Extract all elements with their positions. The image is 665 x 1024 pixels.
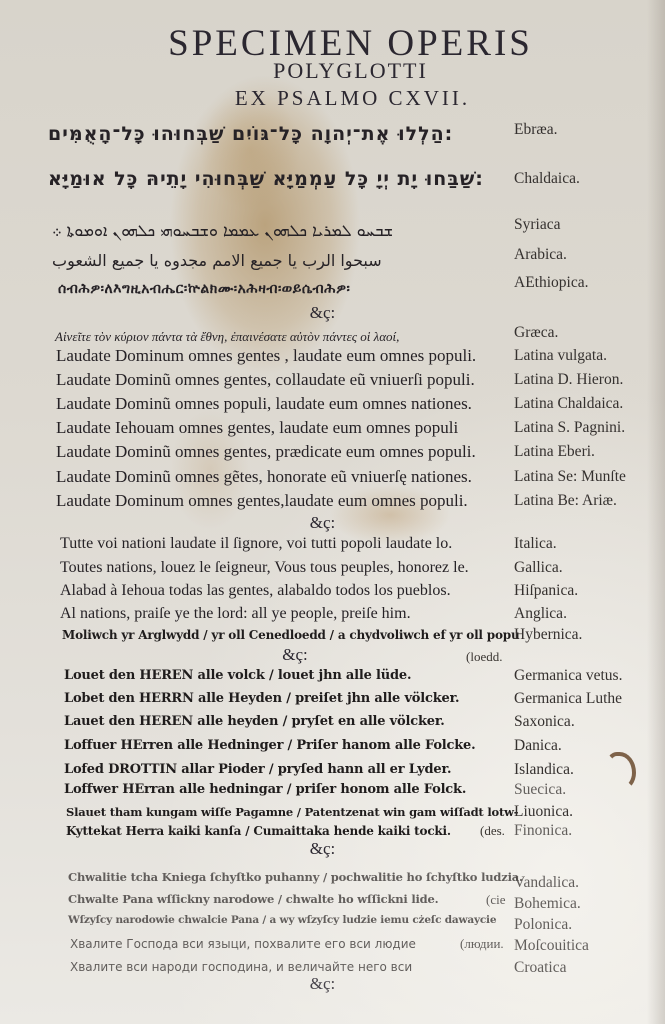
text-row-latin-munster: Laudate Dominũ omnes gẽtes, honorate eũ …: [0, 466, 665, 488]
language-label: Latina D. Hieron.: [514, 369, 623, 391]
line-text: Chwalte Pana wſſickny narodowe / chwalte…: [68, 888, 438, 910]
text-row-wendish: Chwalitie tcha Kniega ſchyſtko puhanny /…: [0, 866, 665, 888]
language-label: Hiſpanica.: [514, 580, 578, 602]
text-row-polish: Wſzyſcy narodowie chwalcie Pana / a wy w…: [0, 909, 665, 931]
line-text: ܫܒܚܘ ܠܡܪܝܐ ܟܠܗܘܢ ܥܡܡܐ ܘܫܒܚܘܗܝ ܟܠܗܘܢ ܐܘܡܘ…: [52, 220, 507, 242]
text-row-icelandic: Lofed DROTTIN allar Pioder / pryſed hann…: [0, 759, 665, 781]
line-text: Louet den HEREN alle volck / louet jhn a…: [64, 665, 411, 687]
line-text: Tutte voi nationi laudate il ſignore, vo…: [60, 533, 452, 555]
language-label: Italica.: [514, 533, 557, 555]
line-text: Laudate Dominum omnes gentes,laudate eum…: [56, 490, 468, 512]
etc-mark: &ç:: [0, 974, 655, 994]
line-text: :הַלְלוּ אֶת־יְהוָה כָּל־גּוֹיִם שַׁבְּח…: [48, 123, 508, 145]
text-row-danish: Loffuer HErren alle Hedninger / Priſer h…: [0, 735, 665, 757]
text-row-muscovite: Хвалите Господа вси языци, похвалите его…: [0, 933, 665, 955]
language-label: Latina vulgata.: [514, 345, 607, 367]
text-row-hebrew: :הַלְלוּ אֶת־יְהוָה כָּל־גּוֹיִם שַׁבְּח…: [0, 123, 665, 145]
language-label: Gallica.: [514, 557, 563, 579]
line-text: Laudate Dominũ omnes populi, laudate eum…: [56, 393, 472, 415]
etc-mark: &ç:: [0, 839, 655, 859]
line-text: Laudate Iehouam omnes gentes, laudate eu…: [56, 417, 458, 439]
continuation-note: (cie: [486, 889, 505, 911]
line-text: Laudate Dominũ omnes gentes, collaudate …: [56, 369, 475, 391]
text-row-greek: Αἰνεῖτε τὸν κύριον πάντα τὰ ἔθνη, ἐπαινέ…: [0, 322, 665, 344]
language-label: Arabica.: [514, 244, 567, 266]
text-row-arabic: سبحوا الرب يا جميع الامم مجدوه يا جميع ا…: [0, 250, 665, 272]
language-label: Saxonica.: [514, 711, 575, 733]
language-label: Chaldaica.: [514, 168, 580, 190]
line-text: :שַׁבַּחוּ יָת יְיָ כָּל עַמְמַיָּא שַׁב…: [48, 168, 508, 190]
text-row-english: Al nations, praiſe ye the lord: all ye p…: [0, 603, 665, 625]
language-label: Latina Be: Ariæ.: [514, 490, 617, 512]
line-text: Moliwch yr Arglwydd / yr oll Cenedloedd …: [62, 624, 519, 646]
language-label: Latina Eberi.: [514, 441, 595, 463]
line-text: Toutes nations, louez le ſeigneur, Vous …: [60, 557, 469, 579]
text-row-italian: Tutte voi nationi laudate il ſignore, vo…: [0, 533, 665, 555]
line-text: Loffwer HErran alle hedningar / priſer h…: [64, 779, 466, 801]
language-label: Anglica.: [514, 603, 567, 625]
text-row-latin-arias: Laudate Dominum omnes gentes,laudate eum…: [0, 490, 665, 512]
line-text: Loffuer HErren alle Hedninger / Priſer h…: [64, 735, 475, 757]
text-row-welsh: Moliwch yr Arglwydd / yr oll Cenedloedd …: [0, 624, 665, 646]
text-row-ethiopic: ሰብሕዎ፡ለእግዚአብሔር፡ኵልክሙ፡አሕዛብ፡ወይሴብሕዎ፡ AEthiopi…: [0, 278, 665, 300]
line-text: Al nations, praiſe ye the lord: all ye p…: [60, 603, 411, 625]
language-label: Græca.: [514, 322, 558, 344]
line-text: Laudate Dominũ omnes gẽtes, honorate eũ …: [56, 466, 472, 488]
line-text: Lofed DROTTIN allar Pioder / pryſed hann…: [64, 759, 451, 781]
line-text: Laudate Dominũ omnes gentes, prædicate e…: [56, 441, 476, 463]
language-label: Latina Se: Munſte: [514, 466, 626, 488]
text-row-latin-vulgata: Laudate Dominum omnes gentes , laudate e…: [0, 345, 665, 367]
language-label: Latina S. Pagnini.: [514, 417, 625, 439]
book-page: SPECIMEN OPERIS POLYGLOTTI EX PSALMO CXV…: [0, 0, 665, 1024]
text-row-swedish: Loffwer HErran alle hedningar / priſer h…: [0, 779, 665, 801]
language-label: Islandica.: [514, 759, 574, 781]
line-text: سبحوا الرب يا جميع الامم مجدوه يا جميع ا…: [52, 250, 507, 272]
text-row-bohemian: Chwalte Pana wſſickny narodowe / chwalte…: [0, 888, 665, 910]
etc-mark: &ç:: [0, 645, 620, 665]
line-text: Lauet den HEREN alle heyden / pryſet en …: [64, 711, 445, 733]
line-text: ሰብሕዎ፡ለእግዚአብሔር፡ኵልክሙ፡አሕዛብ፡ወይሴብሕዎ፡: [58, 278, 350, 300]
page-subtitle: POLYGLOTTI: [18, 58, 665, 84]
continuation-note: (людии.: [460, 933, 504, 955]
line-text: Chwalitie tcha Kniega ſchyſtko puhanny /…: [68, 866, 523, 888]
language-label: Danica.: [514, 735, 562, 757]
text-row-saxon: Lauet den HEREN alle heyden / pryſet en …: [0, 711, 665, 733]
line-text: Lobet den HERRN alle Heyden / preiſet jh…: [64, 688, 459, 710]
language-label: AEthiopica.: [514, 272, 588, 294]
line-text: Alabad à Iehoua todas las gentes, alabal…: [60, 580, 451, 602]
etc-mark: &ç:: [0, 303, 655, 323]
language-label: Latina Chaldaica.: [514, 393, 623, 415]
text-row-latin-chaldaica: Laudate Dominũ omnes populi, laudate eum…: [0, 393, 665, 415]
line-text: Wſzyſcy narodowie chwalcie Pana / a wy w…: [68, 909, 496, 931]
text-row-german-old: Louet den HEREN alle volck / louet jhn a…: [0, 665, 665, 687]
text-row-latin-pagnini: Laudate Iehouam omnes gentes, laudate eu…: [0, 417, 665, 439]
text-row-latin-hieron: Laudate Dominũ omnes gentes, collaudate …: [0, 369, 665, 391]
text-row-chaldaic: :שַׁבַּחוּ יָת יְיָ כָּל עַמְמַיָּא שַׁב…: [0, 168, 665, 190]
line-text: Laudate Dominum omnes gentes , laudate e…: [56, 345, 476, 367]
line-text: Хвалите Господа вси языци, похвалите его…: [70, 933, 416, 955]
language-label: Syriaca: [514, 214, 560, 236]
language-label: Moſcouitica: [514, 935, 589, 957]
text-row-german-luther: Lobet den HERRN alle Heyden / preiſet jh…: [0, 688, 665, 710]
text-row-syriac: ܫܒܚܘ ܠܡܪܝܐ ܟܠܗܘܢ ܥܡܡܐ ܘܫܒܚܘܗܝ ܟܠܗܘܢ ܐܘܡܘ…: [0, 220, 665, 242]
text-row-french: Toutes nations, louez le ſeigneur, Vous …: [0, 557, 665, 579]
language-label: Suecica.: [514, 779, 566, 801]
language-label: Germanica vetus.: [514, 665, 622, 687]
language-label: Germanica Luthe: [514, 688, 622, 710]
language-label: Ebræa.: [514, 119, 557, 141]
text-row-latin-eberi: Laudate Dominũ omnes gentes, prædicate e…: [0, 441, 665, 463]
etc-mark: &ç:: [0, 513, 655, 533]
text-row-spanish: Alabad à Iehoua todas las gentes, alabal…: [0, 580, 665, 602]
page-subtitle-psalm: EX PSALMO CXVII.: [20, 86, 665, 111]
language-label: Hybernica.: [514, 624, 582, 646]
